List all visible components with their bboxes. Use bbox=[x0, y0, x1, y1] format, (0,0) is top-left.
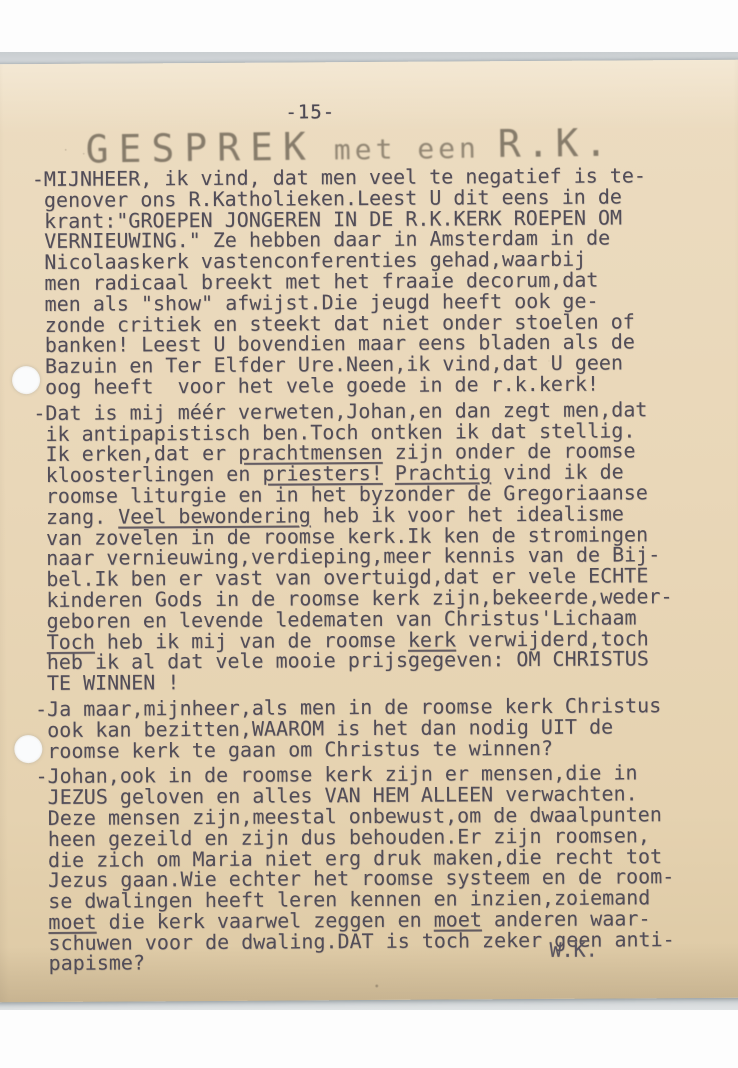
title-word-met-een: met een bbox=[334, 131, 480, 166]
title-word-rk: R.K. bbox=[498, 121, 614, 167]
text-line: oog heeft voor het vele goede in de r.k.… bbox=[45, 373, 693, 398]
paragraph: -MIJNHEER, ik vind, dat men veel te nega… bbox=[32, 165, 693, 398]
text-line: schuwen voor de dwaling.DAT is toch zeke… bbox=[48, 929, 696, 954]
signature: W.K. bbox=[549, 938, 597, 962]
document-page: -15- GESPREK met een R.K. -MIJNHEER, ik … bbox=[0, 60, 738, 1003]
text-line: TE WINNEN ! bbox=[47, 669, 695, 694]
scanned-page-view: -15- GESPREK met een R.K. -MIJNHEER, ik … bbox=[0, 0, 738, 1068]
paragraph: -Ja maar,mijnheer,als men in de roomse k… bbox=[35, 695, 695, 761]
title-word-gesprek: GESPREK bbox=[85, 125, 316, 172]
text-block: -MIJNHEER, ik vind, dat men veel te nega… bbox=[32, 165, 697, 979]
text-run: roomse kerk te gaan om Christus te winne… bbox=[47, 735, 553, 762]
paragraph: -Dat is mij méér verweten,Johan,en dan z… bbox=[33, 399, 695, 694]
page-number: -15- bbox=[285, 101, 335, 123]
punch-hole-bottom bbox=[14, 735, 42, 763]
text-line: heb ik al dat vele mooie prijsgegeven: O… bbox=[47, 648, 695, 673]
punch-hole-top bbox=[12, 366, 40, 394]
text-run: papisme? bbox=[49, 951, 145, 976]
text-run: TE WINNEN ! bbox=[47, 670, 180, 695]
text-line: roomse kerk te gaan om Christus te winne… bbox=[47, 737, 695, 762]
text-run: oog heeft voor het vele goede in de r.k.… bbox=[45, 372, 599, 399]
